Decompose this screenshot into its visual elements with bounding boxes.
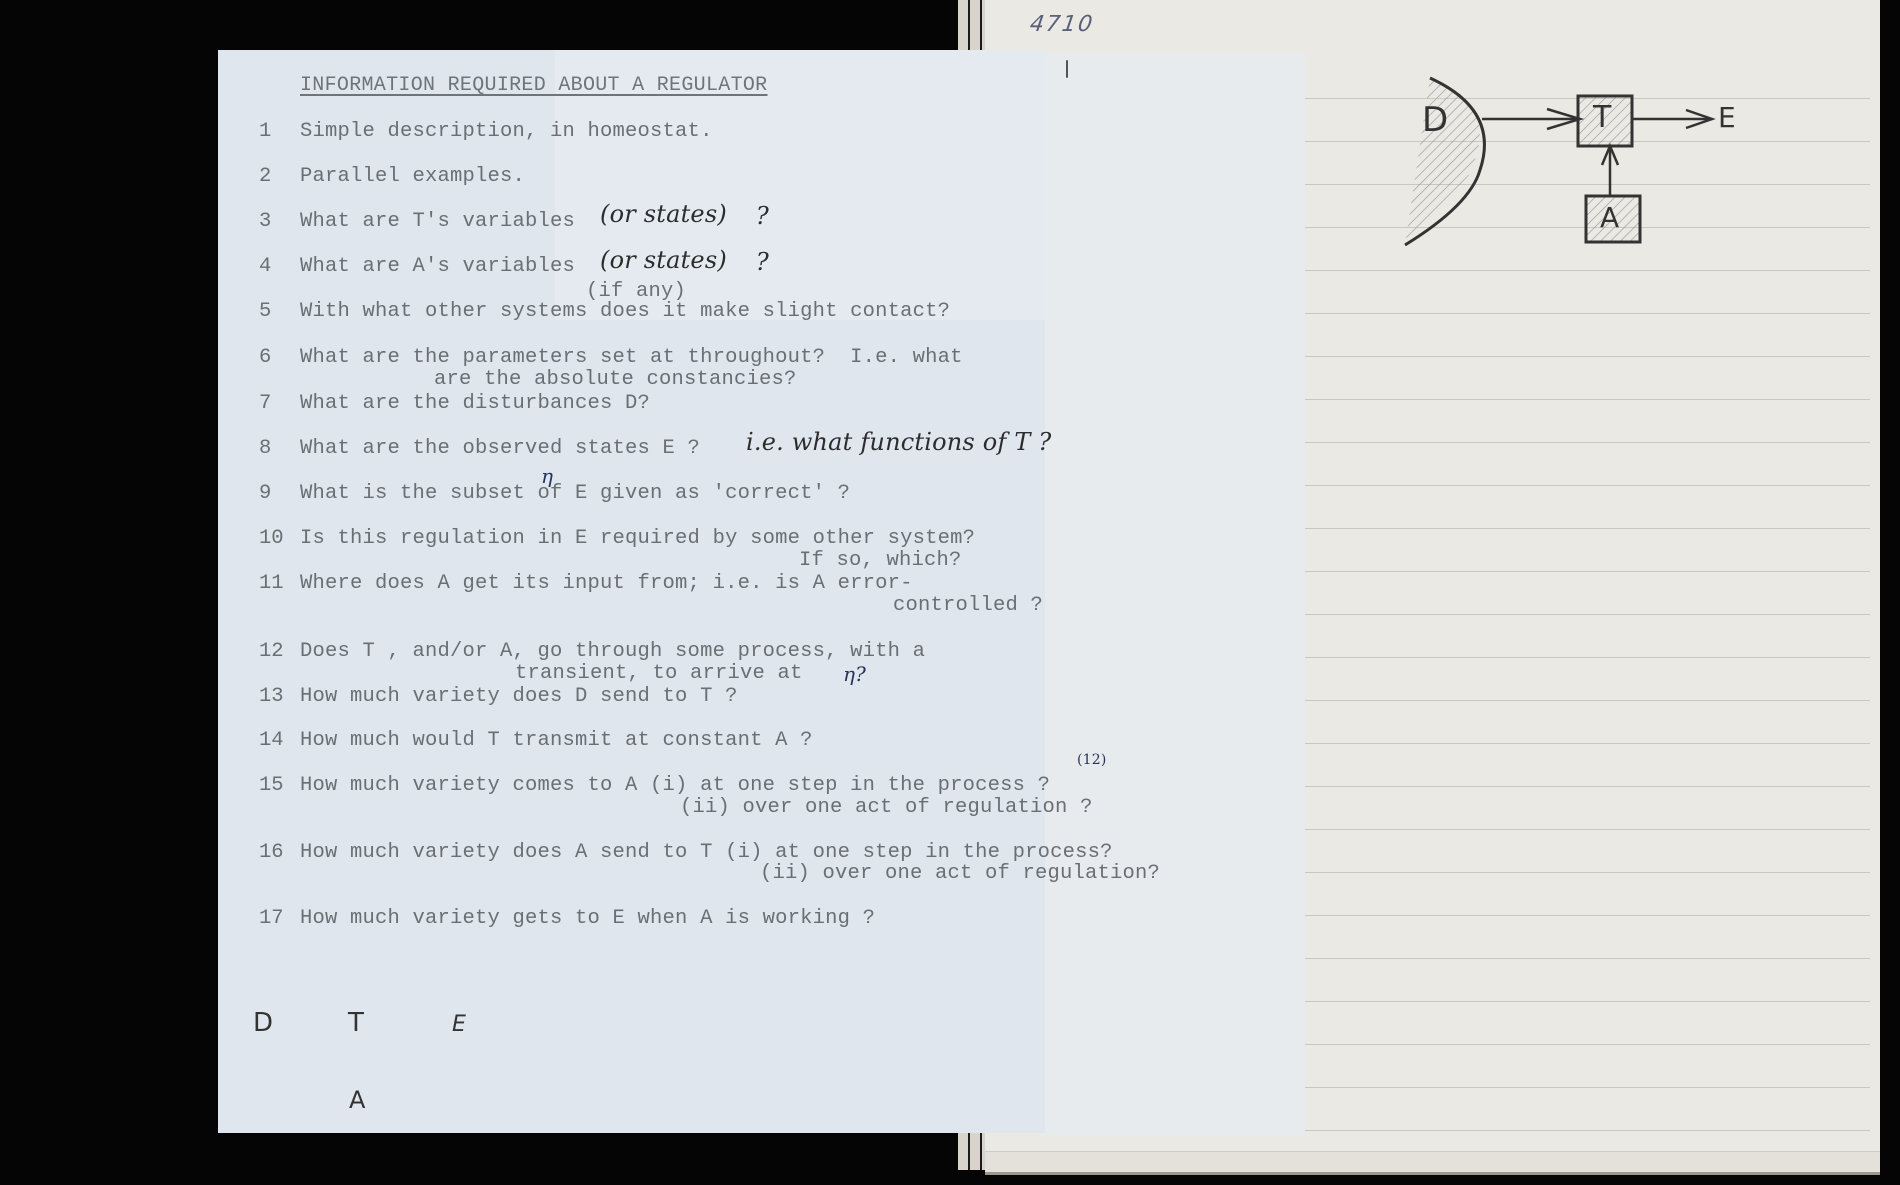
item-continuation: are the absolute constancies?: [434, 368, 797, 391]
sheet-mark: [1066, 60, 1068, 78]
sheet-diagram-label-d: D: [253, 1008, 273, 1038]
sheet-title: INFORMATION REQUIRED ABOUT A REGULATOR: [300, 74, 767, 97]
item-text: How much variety does D send to T ?: [300, 685, 738, 708]
item-number: 1: [259, 120, 271, 143]
item-number: 12: [259, 640, 284, 663]
item-suffix: ?: [748, 202, 769, 230]
item-text: What are the parameters set at throughou…: [300, 346, 963, 369]
notebook-bottom-edge: [985, 1151, 1880, 1172]
item-text: Does T , and/or A, go through some proce…: [300, 640, 925, 663]
handwritten-insert: (12): [1077, 752, 1107, 768]
diagram-label-d: D: [1422, 100, 1448, 140]
item-continuation: transient, to arrive at: [515, 662, 803, 685]
item-number: 11: [259, 572, 284, 595]
diagram-label-t: T: [1593, 100, 1611, 135]
item-text: Simple description, in homeostat.: [300, 120, 713, 143]
sheet-diagram-label-e: E: [452, 1012, 466, 1037]
item-number: 5: [259, 300, 271, 323]
item-number: 7: [259, 392, 271, 415]
item-continuation: (ii) over one act of regulation ?: [680, 796, 1093, 819]
item-text: Is this regulation in E required by some…: [300, 527, 975, 550]
item-text: What are the disturbances D?: [300, 392, 650, 415]
item-number: 10: [259, 527, 284, 550]
item-continuation: (ii) over one act of regulation?: [760, 862, 1160, 885]
handwritten-annotation: η?: [843, 662, 866, 686]
sheet-right-strip: [1045, 52, 1305, 1135]
diagram-label-e: E: [1718, 101, 1736, 134]
item-number: 16: [259, 841, 284, 864]
item-number: 6: [259, 346, 271, 369]
item-text: Parallel examples.: [300, 165, 525, 188]
item-text: Where does A get its input from; i.e. is…: [300, 572, 913, 595]
item-number: 14: [259, 729, 284, 752]
item-text: What are T's variables: [300, 210, 575, 233]
item-continuation: controlled ?: [893, 594, 1043, 617]
item-text: How much would T transmit at constant A …: [300, 729, 813, 752]
item-suffix: ?: [748, 248, 769, 276]
item-number: 8: [259, 437, 271, 460]
item-number: 4: [259, 255, 271, 278]
item-text: With what other systems does it make sli…: [300, 300, 950, 323]
handwritten-annotation: (or states): [600, 200, 727, 228]
item-number: 3: [259, 210, 271, 233]
item-text: How much variety does A send to T (i) at…: [300, 841, 1113, 864]
handwritten-annotation: (or states): [600, 246, 727, 274]
item-text: How much variety comes to A (i) at one s…: [300, 774, 1050, 797]
item-continuation: If so, which?: [799, 549, 962, 572]
diagram-label-a: A: [1600, 201, 1619, 234]
item-number: 15: [259, 774, 284, 797]
item-number: 9: [259, 482, 271, 505]
item-text: How much variety gets to E when A is wor…: [300, 907, 875, 930]
item-text: What is the subset of E given as 'correc…: [300, 482, 850, 505]
item-number: 2: [259, 165, 271, 188]
page-number: 4710: [1028, 12, 1096, 37]
sheet-diagram-label-a: A: [349, 1086, 365, 1114]
ruled-lines: [1285, 98, 1870, 1132]
item-number: 13: [259, 685, 284, 708]
item-number: 17: [259, 907, 284, 930]
handwritten-annotation: i.e. what functions of T ?: [746, 428, 1051, 456]
item-text: What are A's variables: [300, 255, 575, 278]
item-text: What are the observed states E ?: [300, 437, 700, 460]
sheet-diagram-label-t: T: [348, 1008, 364, 1038]
